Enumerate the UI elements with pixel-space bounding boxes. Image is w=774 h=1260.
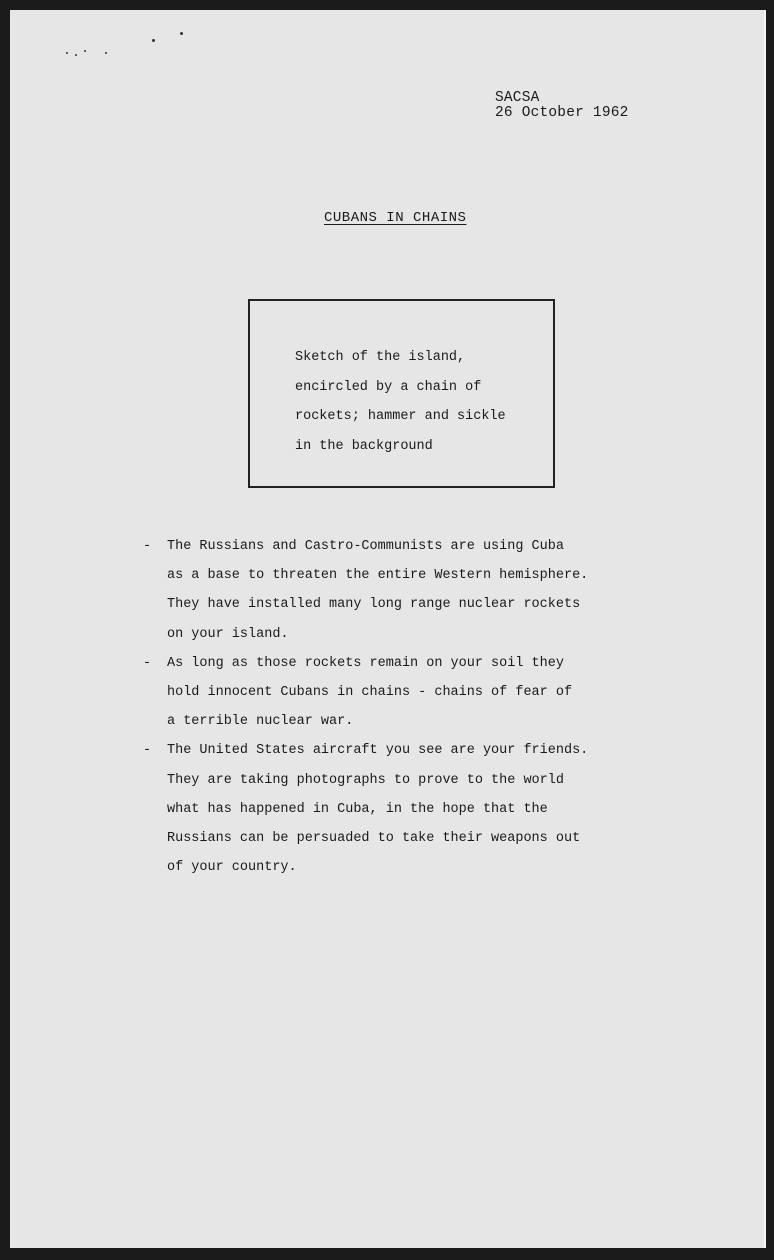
bullet-line: on your island. [167, 620, 660, 649]
illustration-line: Sketch of the island, [295, 343, 506, 373]
bullet-line: As long as those rockets remain on your … [167, 649, 660, 678]
scan-speck [84, 50, 86, 52]
bullet-line: what has happened in Cuba, in the hope t… [167, 795, 660, 824]
bullet-item: -The Russians and Castro-Communists are … [140, 532, 660, 649]
bullet-dash: - [143, 649, 151, 678]
document-title: CUBANS IN CHAINS [324, 210, 466, 226]
illustration-placeholder-box: Sketch of the island,encircled by a chai… [248, 299, 555, 488]
office-code: SACSA [495, 91, 629, 106]
bullet-line: as a base to threaten the entire Western… [167, 561, 660, 590]
illustration-line: in the background [295, 432, 506, 462]
bullet-line: hold innocent Cubans in chains - chains … [167, 678, 660, 707]
bullet-dash: - [143, 736, 151, 765]
bullet-line: They have installed many long range nucl… [167, 590, 660, 619]
scan-speck [180, 32, 183, 35]
bullet-line: The United States aircraft you see are y… [167, 736, 660, 765]
bullet-line: The Russians and Castro-Communists are u… [167, 532, 660, 561]
document-page: SACSA 26 October 1962 CUBANS IN CHAINS S… [10, 10, 766, 1248]
bullet-list: -The Russians and Castro-Communists are … [140, 532, 660, 882]
bullet-line: Russians can be persuaded to take their … [167, 824, 660, 853]
bullet-line: a terrible nuclear war. [167, 707, 660, 736]
bullet-line: They are taking photographs to prove to … [167, 766, 660, 795]
document-header: SACSA 26 October 1962 [495, 91, 629, 121]
document-date: 26 October 1962 [495, 106, 629, 121]
scan-speck [75, 54, 77, 56]
bullet-line: of your country. [167, 853, 660, 882]
scan-speck [66, 52, 68, 54]
illustration-line: rockets; hammer and sickle [295, 402, 506, 432]
illustration-description: Sketch of the island,encircled by a chai… [295, 343, 506, 461]
scan-speck [105, 52, 107, 54]
bullet-item: -As long as those rockets remain on your… [140, 649, 660, 737]
scan-speck [152, 39, 155, 42]
illustration-line: encircled by a chain of [295, 373, 506, 403]
bullet-item: -The United States aircraft you see are … [140, 736, 660, 882]
bullet-dash: - [143, 532, 151, 561]
